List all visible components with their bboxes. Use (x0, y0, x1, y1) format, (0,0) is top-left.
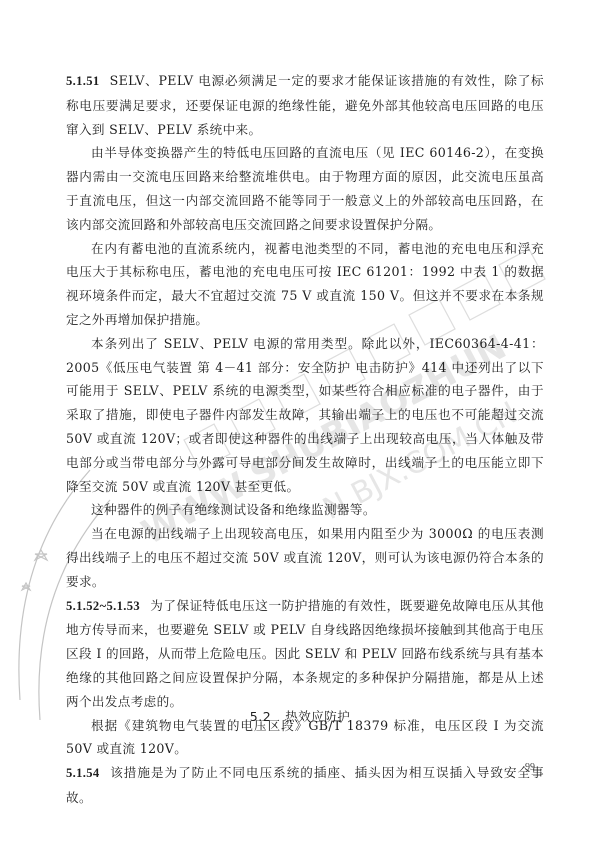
paragraph-5-1-51: 5.1.51SELV、PELV 电源必须满足一定的要求才能保证该措施的有效性，除… (66, 69, 544, 141)
paragraph: 本条列出了 SELV、PELV 电源的常用类型。除此以外，IEC60364-4-… (66, 332, 544, 499)
clause-number: 5.1.54 (66, 766, 100, 780)
section-number: 5.2 (250, 709, 271, 724)
document-page: WWW.SHUBIAOZHUN N.BJX.COM.CN 5.1.51SELV、… (0, 0, 600, 848)
paragraph: 在内有蓄电池的直流系统内，视蓄电池类型的不同，蓄电池的充电电压和浮充电压大于其标… (66, 237, 544, 332)
page-number: 99 (525, 762, 535, 773)
clause-number: 5.1.51 (66, 74, 100, 88)
section-heading: 5.2热效应防护 (0, 707, 600, 725)
section-title: 热效应防护 (285, 709, 350, 724)
paragraph-5-1-54: 5.1.54该措施是为了防止不同电压系统的插座、插头因为相互误插入导致安全事故。 (66, 761, 544, 810)
paragraph: 由半导体变换器产生的特低电压回路的直流电压（见 IEC 60146-2），在变换… (66, 141, 544, 236)
paragraph: 当在电源的出线端子上出现较高电压，如果用内阻至少为 3000Ω 的电压表测得出线… (66, 522, 544, 593)
watermark-star-icon (35, 550, 47, 560)
paragraph: 这种器件的例子有绝缘测试设备和绝缘监测器等。 (66, 498, 544, 522)
paragraph-5-1-52-53: 5.1.52~5.1.53为了保证特低电压这一防护措施的有效性，既要避免故障电压… (66, 594, 544, 714)
clause-number: 5.1.52~5.1.53 (66, 599, 140, 613)
body-text: 5.1.51SELV、PELV 电源必须满足一定的要求才能保证该措施的有效性，除… (66, 69, 544, 810)
